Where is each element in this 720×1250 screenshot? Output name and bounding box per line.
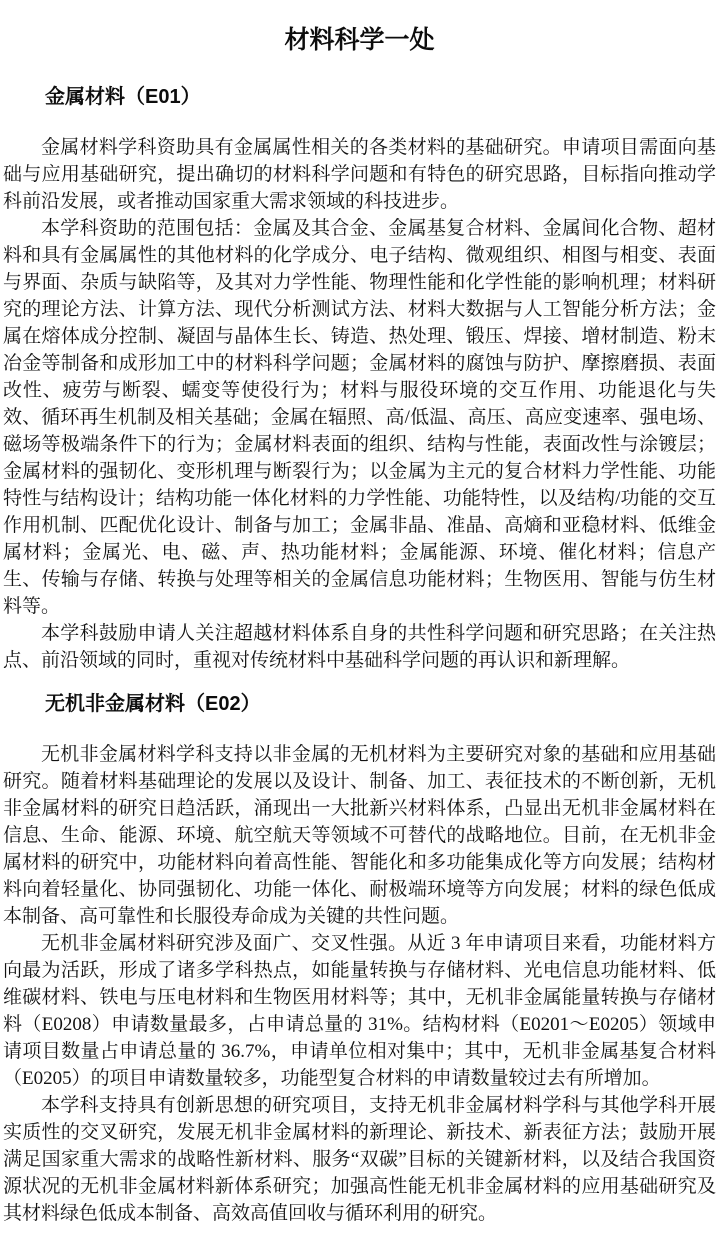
e01-scope-paragraph: 本学科资助的范围包括：金属及其合金、金属基复合材料、金属间化合物、超材料和具有金… [3, 215, 716, 620]
section-metal-materials-e01: 金属材料（E01） 金属材料学科资助具有金属属性相关的各类材料的基础研究。申请项… [3, 86, 716, 674]
e02-statistics-paragraph: 无机非金属材料研究涉及面广、交叉性强。从近 3 年申请项目来看，功能材料方向最为… [3, 930, 716, 1092]
document-title: 材料科学一处 [3, 26, 716, 55]
section-inorganic-nonmetal-materials-e02: 无机非金属材料（E02） 无机非金属材料学科支持以非金属的无机材料为主要研究对象… [3, 693, 716, 1227]
section-heading-e01: 金属材料（E01） [45, 86, 716, 109]
section-heading-e02: 无机非金属材料（E02） [45, 693, 716, 716]
document-page: 材料科学一处 金属材料（E01） 金属材料学科资助具有金属属性相关的各类材料的基… [0, 0, 720, 1250]
e01-encouragement-paragraph: 本学科鼓励申请人关注超越材料体系自身的共性科学问题和研究思路；在关注热点、前沿领… [3, 620, 716, 674]
e02-support-paragraph: 本学科支持具有创新思想的研究项目，支持无机非金属材料学科与其他学科开展实质性的交… [3, 1092, 716, 1227]
e01-intro-paragraph: 金属材料学科资助具有金属属性相关的各类材料的基础研究。申请项目需面向基础与应用基… [3, 134, 716, 215]
e02-intro-paragraph: 无机非金属材料学科支持以非金属的无机材料为主要研究对象的基础和应用基础研究。随着… [3, 741, 716, 930]
